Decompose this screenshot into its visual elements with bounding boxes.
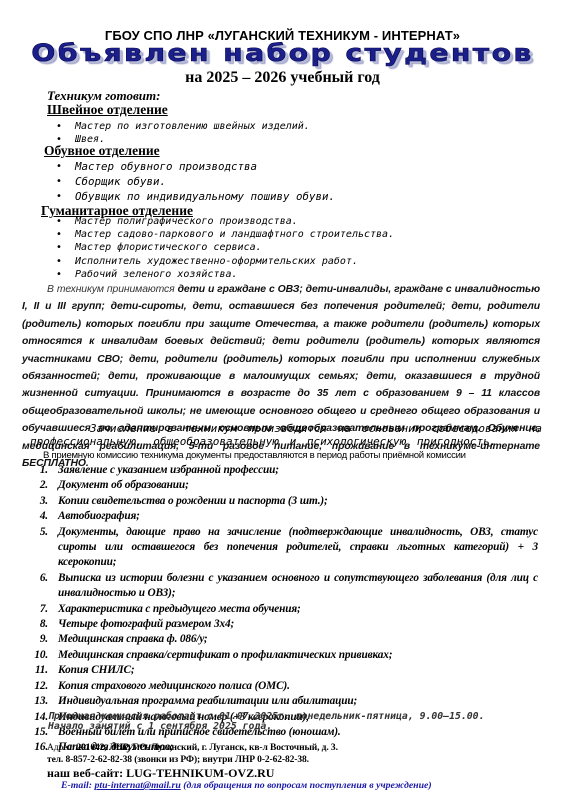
profession-item: Исполнитель художественно-оформительских… — [47, 255, 394, 268]
profession-item: Мастер по изготовлению швейных изделий. — [47, 120, 310, 133]
document-item: 11.Копия СНИЛС; — [20, 663, 538, 678]
announcement-page: ГБОУ СПО ЛНР «ЛУГАНСКИЙ ТЕХНИКУМ - ИНТЕР… — [0, 0, 565, 800]
document-item: 4. Автобиография; — [20, 509, 538, 524]
address: Адрес: 291042, ЛНР, Г.О. Луганский, г. Л… — [47, 743, 338, 753]
email-label: E-mail: — [61, 780, 94, 791]
document-item: 7. Характеристика с предыдущего места об… — [20, 602, 538, 617]
documents-intro: В приемную комиссию техникума документы … — [43, 450, 466, 461]
address-value: 291042, ЛНР, Г.О. Луганский, г. Луганск,… — [76, 743, 337, 753]
profession-item: Рабочий зеленого хозяйства. — [47, 268, 394, 281]
email-note: (для обращения по вопросам поступления в… — [181, 780, 432, 791]
academic-year: на 2025 – 2026 учебный год — [0, 69, 565, 87]
document-item: 5.Документы, дающие право на зачисление … — [20, 525, 538, 571]
document-item: 13.Индивидуальная программа реабилитации… — [20, 694, 538, 709]
document-item: 6.Выписка из истории болезни с указанием… — [20, 571, 538, 602]
website: наш веб-сайт: LUG-TEHNIKUM-OVZ.RU — [47, 766, 274, 781]
profession-item: Мастер флористического сервиса. — [47, 241, 394, 254]
document-item: 12.Копия страхового медицинского полиса … — [20, 679, 538, 694]
phone: тел. 8-857-2-62-82-38 (звонки из РФ); вн… — [47, 755, 309, 765]
document-item: 10.Медицинская справка/сертификат о проф… — [20, 648, 538, 663]
enrollment-note: Зачисление в техникум производится на ос… — [30, 422, 542, 448]
email-link[interactable]: ptu-internat@mail.ru — [94, 780, 180, 791]
classes-start: Начало занятий с 1 сентября 2025 года. — [48, 722, 484, 732]
profession-list-humanitarian: Мастер полиграфического производства. Ма… — [47, 215, 394, 281]
admission-lead: В техникум принимаются — [47, 284, 175, 295]
email: E-mail: ptu-internat@mail.ru (для обраще… — [61, 780, 432, 791]
department-title-sewing: Швейное отделение — [47, 102, 168, 118]
profession-item: Обувщик по индивидуальному пошиву обуви. — [47, 189, 335, 204]
document-item: 3. Копии свидетельства о рождении и пасп… — [20, 494, 538, 509]
profession-list-shoe: Мастер обувного производства Сборщик обу… — [47, 159, 335, 204]
profession-item: Мастер обувного производства — [47, 159, 335, 174]
document-item: 9.Медицинская справка ф. 086/у; — [20, 632, 538, 647]
profession-item: Сборщик обуви. — [47, 174, 335, 189]
department-title-shoe: Обувное отделение — [44, 143, 160, 159]
profession-item: Мастер садово-паркового и ландшафтного с… — [47, 228, 394, 241]
banner-title: Объявлен набор студентов — [0, 39, 565, 67]
document-item: 8. Четыре фотографий размером 3х4; — [20, 617, 538, 632]
document-item: 2.Документ об образовании; — [20, 478, 538, 493]
website-label: наш веб-сайт: — [47, 766, 126, 780]
office-hours-block: Приемная комиссия работает с 01.07.2025г… — [48, 712, 484, 732]
profession-item: Мастер полиграфического производства. — [47, 215, 394, 228]
address-label: Адрес: — [47, 743, 76, 753]
document-item: 1.Заявление с указанием избранной профес… — [20, 463, 538, 478]
website-link[interactable]: LUG-TEHNIKUM-OVZ.RU — [126, 766, 274, 780]
